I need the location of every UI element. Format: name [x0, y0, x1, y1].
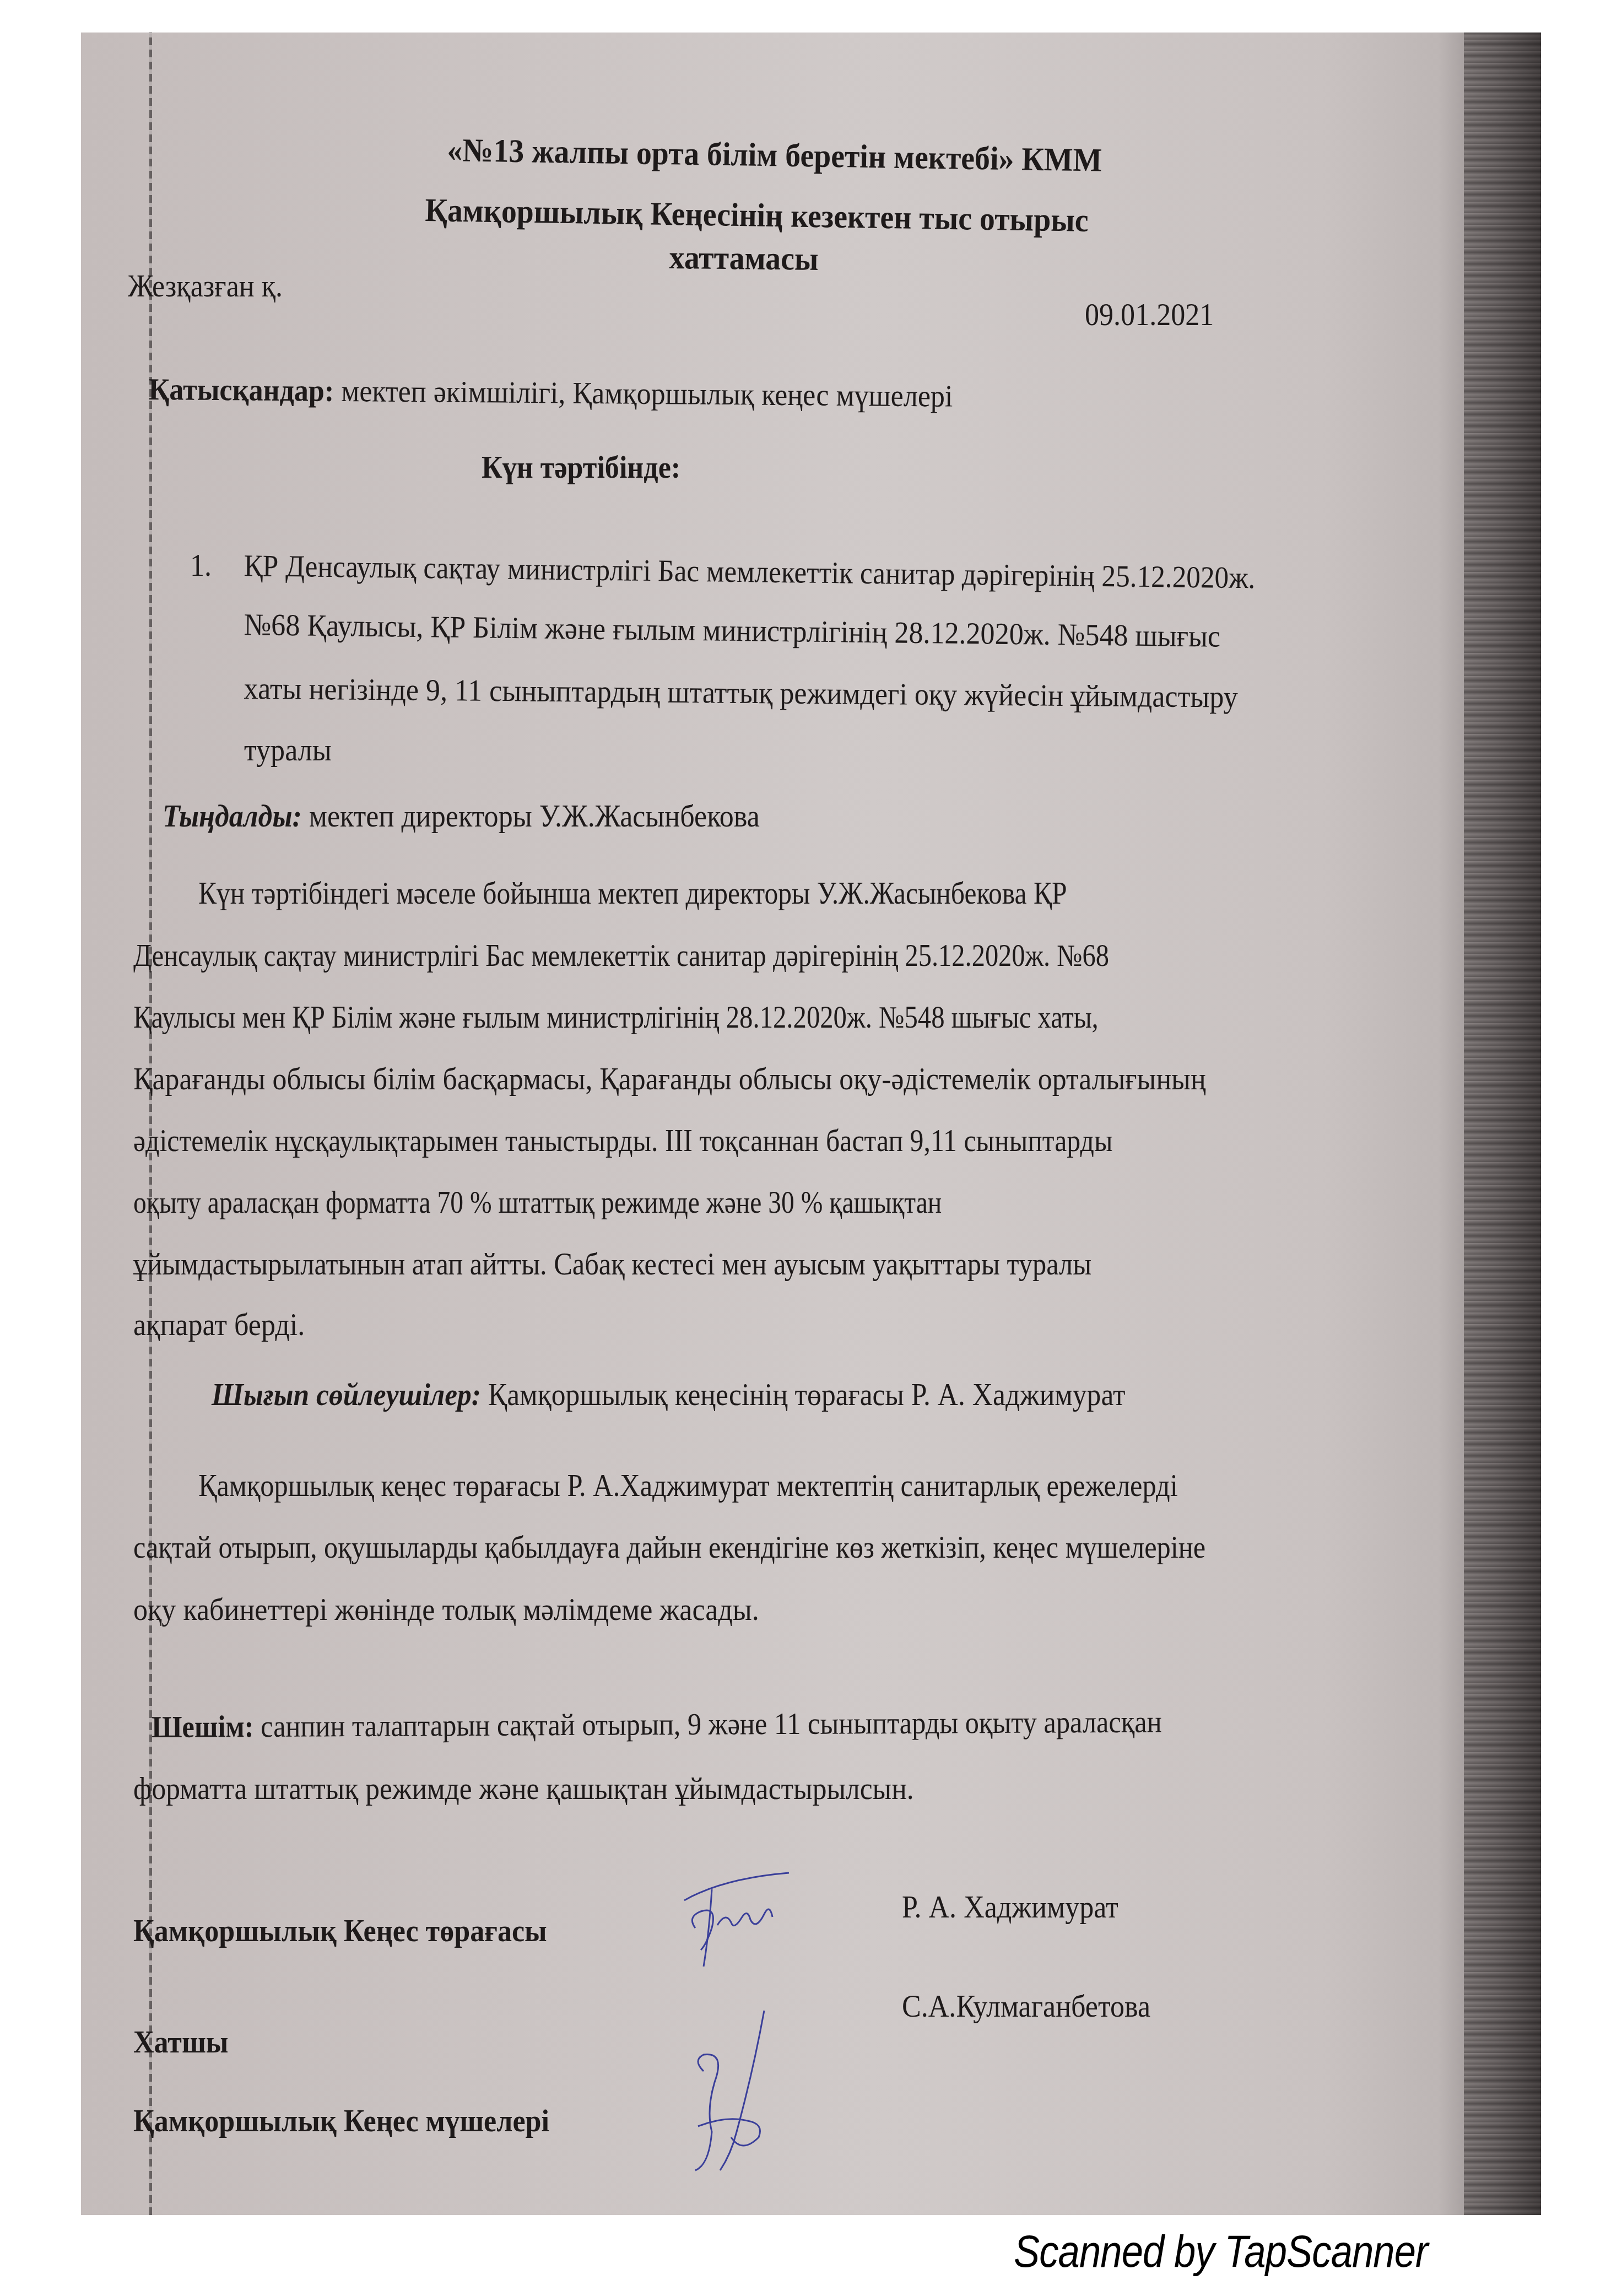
- decision-text: санпин талаптарын сақтай отырып, 9 және …: [253, 1705, 1161, 1744]
- signature-role-members: Қамқоршылық Кеңес мүшелері: [133, 2106, 549, 2137]
- signature-name-chair: Р. А. Хаджимурат: [902, 1892, 1118, 1923]
- speaker-line: Қамқоршылық кеңес төрағасы Р. А.Хаджимур…: [198, 1471, 1178, 1501]
- listened-label: Тыңдалды:: [163, 799, 302, 834]
- speakers-label: Шығып сөйлеушілер:: [212, 1378, 481, 1412]
- scanned-page: «№13 жалпы орта білім беретін мектебі» К…: [81, 33, 1541, 2215]
- header-line-2: Қамқоршылық Кеңесінің кезектен тыс отыры…: [425, 193, 1089, 237]
- report-line: ақпарат берді.: [133, 1310, 305, 1341]
- agenda-item-line: №68 Қаулысы, ҚР Білім және ғылым министр…: [244, 609, 1220, 652]
- report-line: ұйымдастырылатынын атап айтты. Сабақ кес…: [133, 1249, 1091, 1280]
- speakers-text: Қамқоршылық кеңесінің төрағасы Р. А. Хад…: [481, 1378, 1125, 1412]
- signature-role-secretary: Хатшы: [133, 2027, 229, 2058]
- signature-chair-icon: [679, 1867, 794, 1972]
- participants-label: Қатысқандар:: [148, 372, 334, 408]
- listened-text: мектеп директоры У.Ж.Жасынбекова: [302, 799, 760, 834]
- listened: Тыңдалды: мектеп директоры У.Ж.Жасынбеко…: [163, 801, 760, 832]
- participants: Қатысқандар: мектеп әкімшілігі, Қамқоршы…: [149, 374, 953, 412]
- agenda-item-line: ҚР Денсаулық сақтау министрлігі Бас мемл…: [244, 550, 1255, 593]
- report-line: Денсаулық сақтау министрлігі Бас мемлеке…: [133, 941, 1109, 971]
- participants-text: мектеп әкімшілігі, Қамқоршылық кеңес мүш…: [334, 374, 953, 414]
- report-line: әдістемелік нұсқаулықтарымен таныстырды.…: [133, 1126, 1112, 1157]
- header-line-3: хаттамасы: [669, 241, 819, 275]
- speaker-line: сақтай отырып, оқушыларды қабылдауға дай…: [133, 1532, 1205, 1563]
- agenda-item-number: 1.: [190, 550, 212, 581]
- agenda-item-line: туралы: [244, 735, 332, 766]
- scanner-watermark: Scanned by TapScanner: [1014, 2226, 1428, 2278]
- speaker-line: оқу кабинеттері жөнінде толық мәлімдеме …: [133, 1595, 759, 1625]
- report-line: Күн тәртібіндегі мәселе бойынша мектеп д…: [198, 878, 1067, 909]
- city: Жезқазған қ.: [128, 271, 283, 302]
- scan-shadow-edge: [1464, 33, 1541, 2215]
- signature-name-secretary: С.А.Кулмаганбетова: [902, 1991, 1150, 2022]
- signature-secretary-icon: [687, 2005, 792, 2181]
- speakers: Шығып сөйлеушілер: Қамқоршылық кеңесінің…: [212, 1380, 1125, 1411]
- header-line-1: «№13 жалпы орта білім беретін мектебі» К…: [447, 133, 1102, 177]
- decision: Шешім: санпин талаптарын сақтай отырып, …: [152, 1706, 1162, 1743]
- agenda-item-line: хаты негізінде 9, 11 сыныптардың штаттық…: [244, 673, 1238, 713]
- decision-line-2: форматта штаттық режимде және қашықтан ұ…: [133, 1774, 914, 1805]
- date: 09.01.2021: [1085, 300, 1214, 331]
- report-line: оқыту араласқан форматта 70 % штаттық ре…: [133, 1187, 942, 1218]
- decision-label: Шешім:: [152, 1710, 254, 1744]
- report-line: Қаулысы мен ҚР Білім және ғылым министрл…: [133, 1002, 1099, 1033]
- signature-role-chair: Қамқоршылық Кеңес төрағасы: [133, 1916, 547, 1947]
- report-line: Қарағанды облысы білім басқармасы, Қарағ…: [133, 1064, 1206, 1095]
- agenda-title: Күн тәртібінде:: [482, 452, 680, 483]
